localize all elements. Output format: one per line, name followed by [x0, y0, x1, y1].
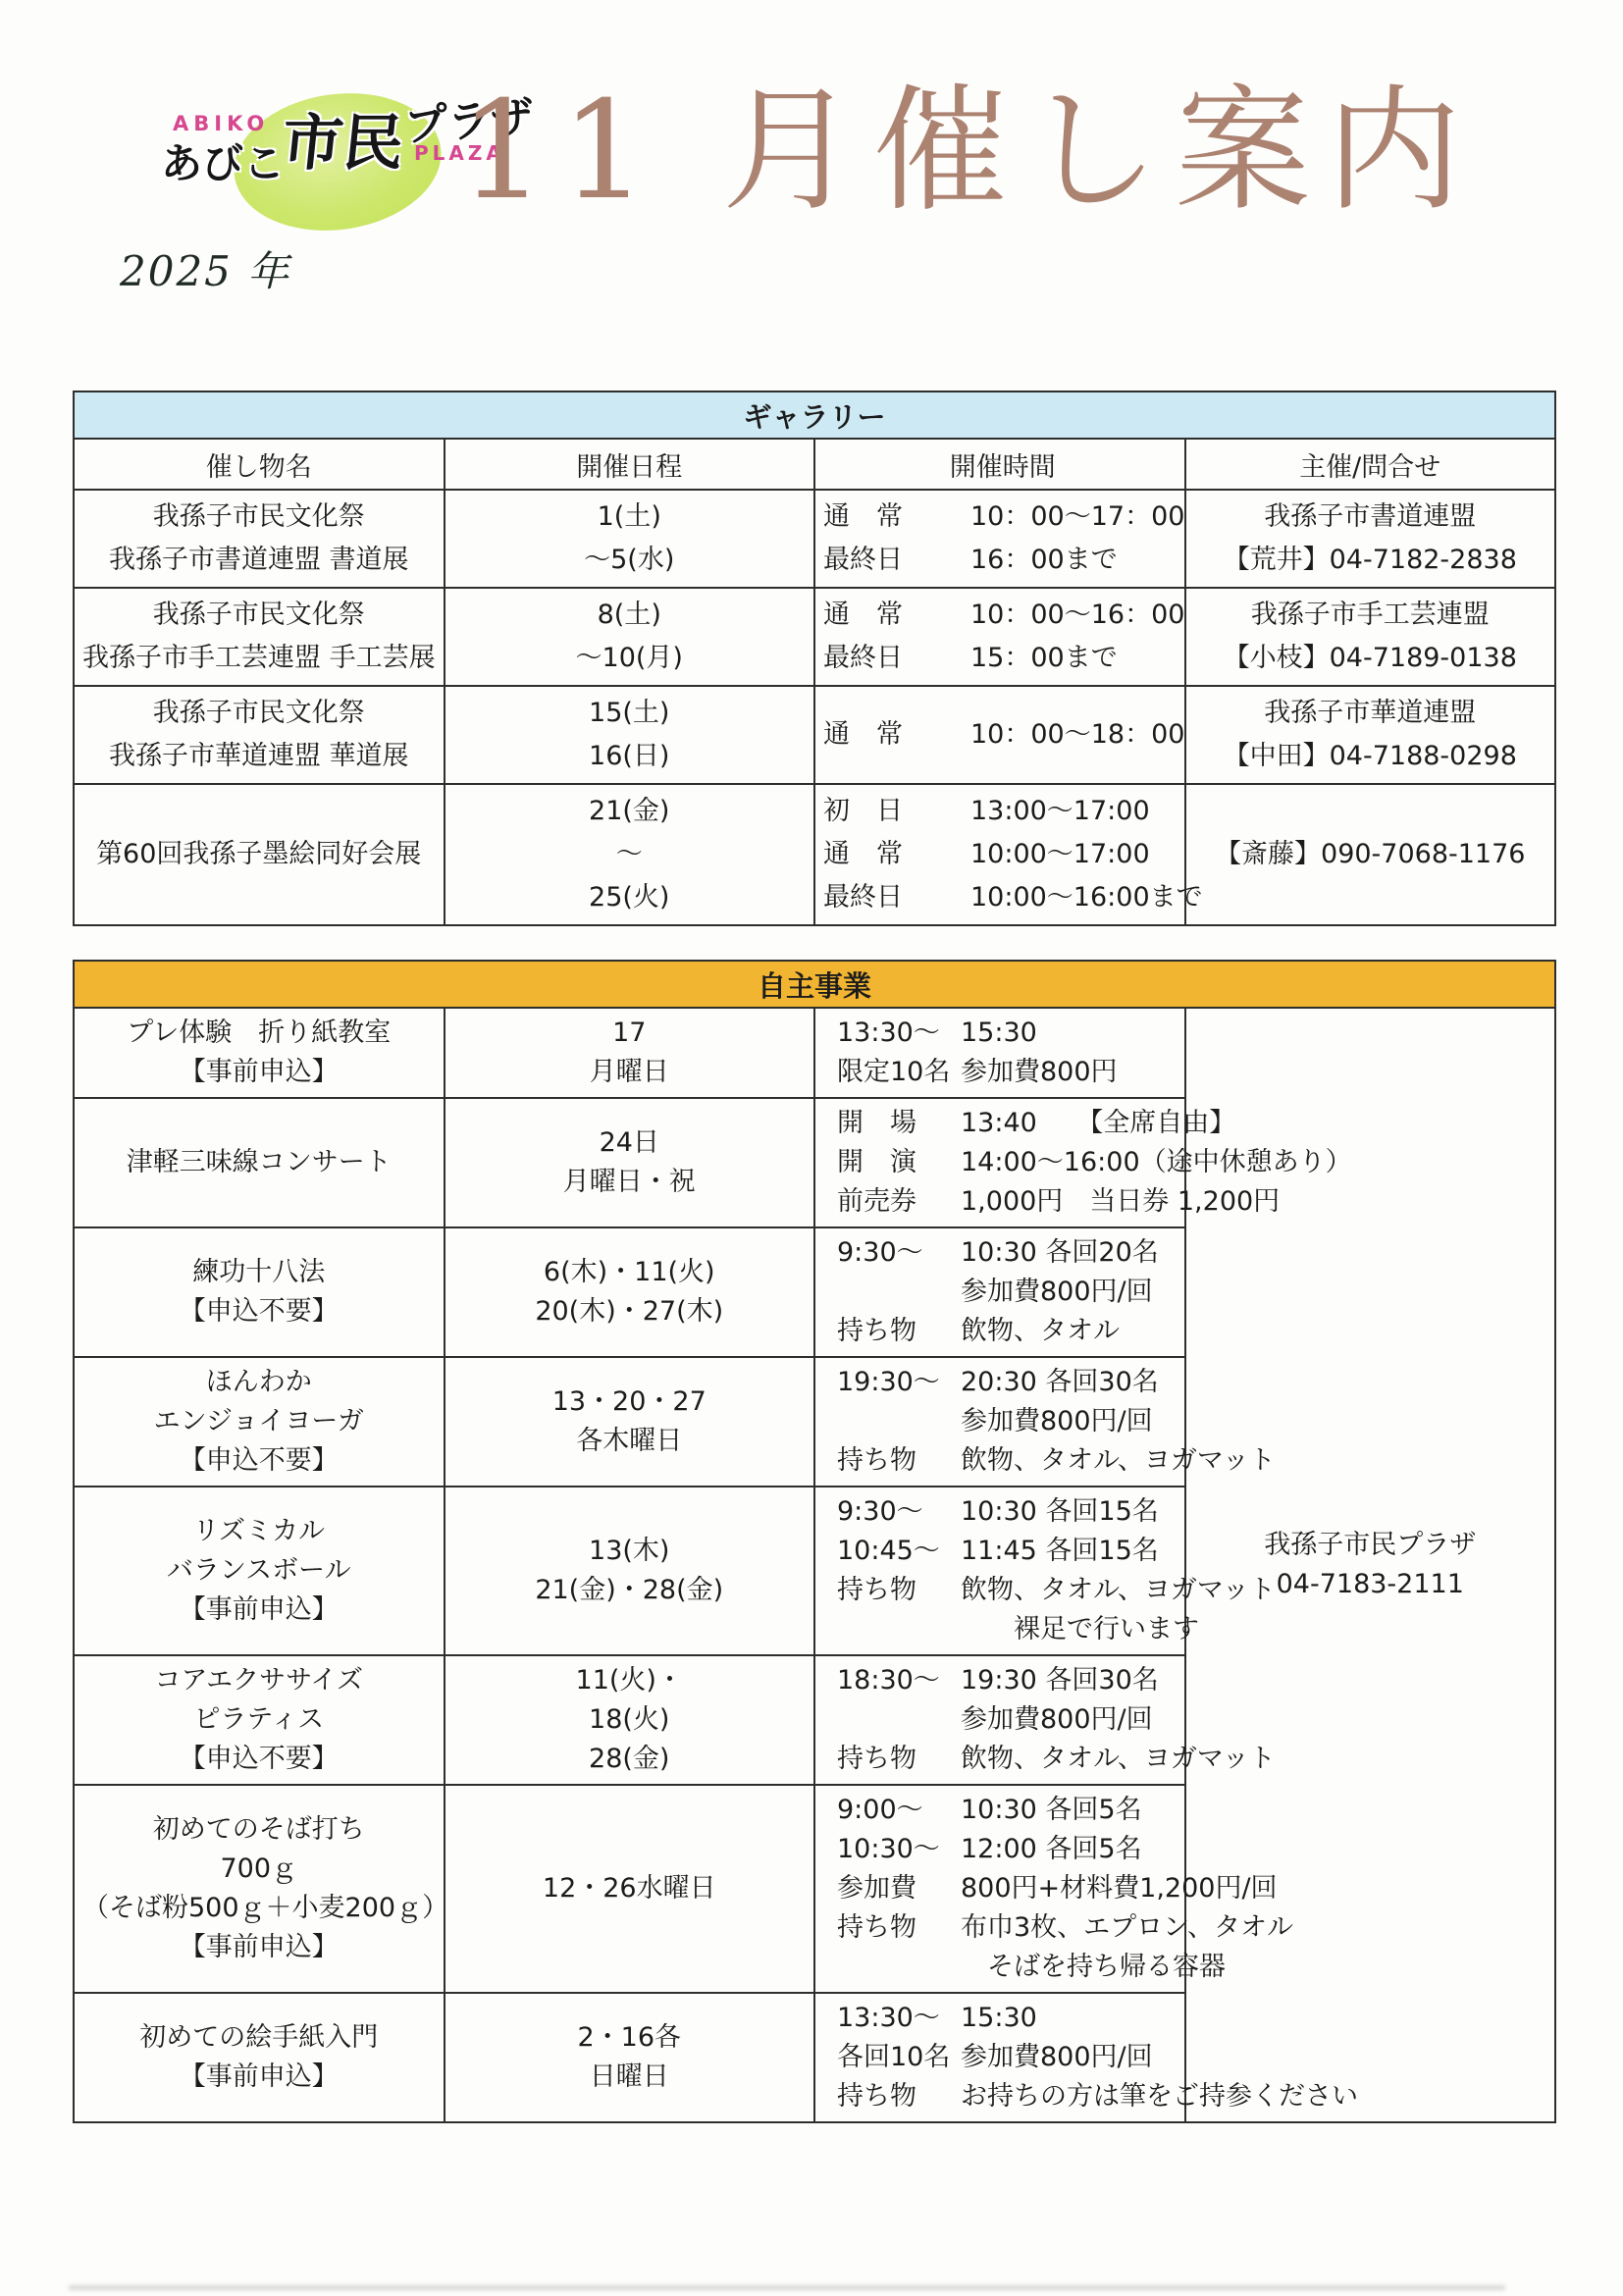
event-detail-line: 13:30～15:30 [837, 1999, 1177, 2038]
detail-value: 裸足で行います [961, 1610, 1199, 1649]
gallery-row-craft: 我孫子市民文化祭 我孫子市手工芸連盟 手工芸展 8(土) ～10(月) 通 常1… [74, 588, 1555, 686]
event-name-cell: 我孫子市民文化祭 我孫子市手工芸連盟 手工芸展 [74, 588, 445, 686]
event-date-line: 日曜日 [453, 2058, 807, 2097]
event-name-cell: 我孫子市民文化祭 我孫子市華道連盟 華道展 [74, 686, 445, 784]
event-name-line: バランスボール [82, 1551, 436, 1591]
event-name-cell: 第60回我孫子墨絵同好会展 [74, 784, 445, 925]
time-value: 10：00～17：00 [970, 496, 1184, 539]
detail-value: 19:30 各回30名 [961, 1661, 1159, 1700]
event-name-cell: プレ体験 折り紙教室 【事前申込】 [74, 1008, 445, 1098]
detail-label [837, 1700, 961, 1740]
event-detail-line: 前売券1,000円 当日券 1,200円 [837, 1182, 1177, 1222]
time-value: 16：00まで [970, 539, 1118, 582]
detail-label: 13:30～ [837, 1014, 961, 1053]
event-time-line: 最終日15：00まで [823, 637, 1177, 680]
detail-value: 20:30 各回30名 [961, 1363, 1159, 1402]
detail-label: 10:30～ [837, 1830, 961, 1869]
event-name-cell: 練功十八法 【申込不要】 [74, 1227, 445, 1357]
event-dates-cell: 17 月曜日 [445, 1008, 815, 1098]
detail-label: 持ち物 [837, 1908, 961, 1948]
event-times-cell: 通 常10：00～18：00 [814, 686, 1185, 784]
detail-value: 参加費800円/回 [961, 1273, 1153, 1312]
event-date-line: 18(火) [453, 1700, 807, 1740]
event-name-line: エンジョイヨーガ [82, 1402, 436, 1441]
detail-value: 飲物、タオル、ヨガマット [961, 1441, 1276, 1481]
time-value: 10：00～16：00 [970, 594, 1184, 637]
event-details-cell: 9:30～10:30 各回15名 10:45～11:45 各回15名 持ち物飲物… [814, 1487, 1185, 1655]
detail-label: 開 演 [837, 1143, 961, 1182]
event-date-line: 15(土) [453, 692, 807, 735]
time-label: 通 常 [823, 833, 970, 876]
event-dates-cell: 12・26水曜日 [445, 1785, 815, 1993]
event-date-line: 11(火)・ [453, 1661, 807, 1700]
jishu-section-header-row: 自主事業 [74, 961, 1555, 1008]
event-detail-line: 限定10名参加費800円 [837, 1053, 1177, 1092]
event-dates-cell: 11(火)・ 18(火) 28(金) [445, 1655, 815, 1785]
detail-label: 9:00～ [837, 1791, 961, 1830]
detail-value: 飲物、タオル、ヨガマット [961, 1740, 1276, 1779]
column-header-dates: 開催日程 [445, 439, 815, 490]
detail-value: 15:30 [961, 1014, 1037, 1053]
detail-label: 持ち物 [837, 1571, 961, 1610]
event-date-line: 月曜日・祝 [453, 1163, 807, 1202]
detail-label: 各回10名 [837, 2038, 961, 2077]
event-time-line: 通 常10：00～18：00 [823, 713, 1177, 757]
event-date-line: 6(木)・11(火) [453, 1253, 807, 1292]
event-details-cell: 13:30～15:30 限定10名参加費800円 [814, 1008, 1185, 1098]
detail-value: お持ちの方は筆をご持参ください [961, 2077, 1358, 2116]
event-date-line: 各木曜日 [453, 1422, 807, 1461]
event-dates-cell: 24日 月曜日・祝 [445, 1098, 815, 1227]
event-date-line: 13・20・27 [453, 1383, 807, 1422]
event-time-line: 最終日10:00～16:00まで [823, 876, 1177, 919]
time-label: 通 常 [823, 713, 970, 757]
detail-value: 布巾3枚、エプロン、タオル [961, 1908, 1293, 1948]
page-title: 11 月催し案内 [459, 77, 1477, 226]
event-name-line: 【事前申込】 [82, 1591, 436, 1630]
event-name-line: 初めてのそば打ち [82, 1810, 436, 1850]
event-name-cell: 初めての絵手紙入門 【事前申込】 [74, 1993, 445, 2122]
year-label: 2025 年 [120, 239, 290, 298]
detail-label: 持ち物 [837, 1441, 961, 1481]
contact-line: 【斎藤】090-7068-1176 [1194, 833, 1547, 876]
event-times-cell: 通 常10：00～17：00 最終日16：00まで [814, 490, 1185, 588]
detail-value: 14:00～16:00（途中休憩あり） [961, 1143, 1352, 1182]
event-details-cell: 開 場13:40 【全席自由】 開 演14:00～16:00（途中休憩あり） 前… [814, 1098, 1185, 1227]
event-details-cell: 13:30～15:30 各回10名参加費800円/回 持ち物お持ちの方は筆をご持… [814, 1993, 1185, 2122]
event-name-line: 【申込不要】 [82, 1740, 436, 1779]
detail-label [837, 1402, 961, 1441]
event-name-line: 津軽三味線コンサート [82, 1143, 436, 1182]
detail-label: 9:30～ [837, 1233, 961, 1273]
detail-value: 15:30 [961, 1999, 1037, 2038]
event-name-cell: リズミカル バランスボール 【事前申込】 [74, 1487, 445, 1655]
detail-label: 18:30～ [837, 1661, 961, 1700]
detail-label: 持ち物 [837, 2077, 961, 2116]
time-value: 10:00～17:00 [970, 833, 1150, 876]
event-detail-line: 10:30～12:00 各回5名 [837, 1830, 1177, 1869]
event-detail-line: 9:30～10:30 各回15名 [837, 1492, 1177, 1532]
gallery-section-header-row: ギャラリー [74, 391, 1555, 439]
column-header-contact: 主催/問合せ [1185, 439, 1556, 490]
logo-abiko-jp-text: あびこ [161, 131, 285, 190]
event-dates-cell: 13・20・27 各木曜日 [445, 1357, 815, 1487]
event-detail-line: 開 場13:40 【全席自由】 [837, 1104, 1177, 1143]
detail-label: 19:30～ [837, 1363, 961, 1402]
detail-label: 10:45～ [837, 1532, 961, 1571]
event-name-line: リズミカル [82, 1512, 436, 1551]
detail-label: 参加費 [837, 1869, 961, 1908]
event-date-line: ～ [453, 833, 807, 876]
event-name-line: （そば粉500ｇ＋小麦200ｇ） [82, 1889, 436, 1928]
event-date-line: 月曜日 [453, 1053, 807, 1092]
detail-label: 9:30～ [837, 1492, 961, 1532]
event-date-line: ～10(月) [453, 637, 807, 680]
detail-value: 10:30 各回5名 [961, 1791, 1142, 1830]
column-header-times: 開催時間 [814, 439, 1185, 490]
event-name-line: プレ体験 折り紙教室 [82, 1014, 436, 1053]
event-details-cell: 9:00～10:30 各回5名 10:30～12:00 各回5名 参加費800円… [814, 1785, 1185, 1993]
contact-line: 【中田】04-7188-0298 [1194, 735, 1547, 778]
event-detail-line: 持ち物飲物、タオル、ヨガマット [837, 1571, 1177, 1610]
event-time-line: 初 日13:00～17:00 [823, 790, 1177, 833]
detail-label: 限定10名 [837, 1053, 961, 1092]
event-dates-cell: 1(土) ～5(水) [445, 490, 815, 588]
event-details-cell: 19:30～20:30 各回30名 参加費800円/回 持ち物飲物、タオル、ヨガ… [814, 1357, 1185, 1487]
event-name-line: 【申込不要】 [82, 1441, 436, 1481]
detail-label [837, 1273, 961, 1312]
jishu-row-origami: プレ体験 折り紙教室 【事前申込】 17 月曜日 13:30～15:30 限定1… [74, 1008, 1555, 1098]
detail-label: 開 場 [837, 1104, 961, 1143]
time-label: 最終日 [823, 637, 970, 680]
event-date-line: 28(金) [453, 1740, 807, 1779]
time-value: 13:00～17:00 [970, 790, 1150, 833]
event-name-line: 【申込不要】 [82, 1292, 436, 1331]
detail-value: そばを持ち帰る容器 [961, 1948, 1226, 1987]
event-detail-line: そばを持ち帰る容器 [837, 1948, 1177, 1987]
event-detail-line: 18:30～19:30 各回30名 [837, 1661, 1177, 1700]
detail-value: 飲物、タオル [961, 1312, 1120, 1351]
event-dates-cell: 8(土) ～10(月) [445, 588, 815, 686]
event-name-line: 第60回我孫子墨絵同好会展 [82, 833, 436, 876]
event-date-line: ～5(水) [453, 539, 807, 582]
event-times-cell: 通 常10：00～16：00 最終日15：00まで [814, 588, 1185, 686]
event-name-line: 我孫子市手工芸連盟 手工芸展 [82, 637, 436, 680]
event-name-line: ほんわか [82, 1363, 436, 1402]
detail-value: 参加費800円/回 [961, 1402, 1153, 1441]
logo-shimin-text: 市民 [278, 94, 408, 182]
time-label: 通 常 [823, 496, 970, 539]
detail-value: 800円+材料費1,200円/回 [961, 1869, 1278, 1908]
event-name-cell: 初めてのそば打ち 700ｇ （そば粉500ｇ＋小麦200ｇ） 【事前申込】 [74, 1785, 445, 1993]
event-time-line: 通 常10:00～17:00 [823, 833, 1177, 876]
detail-value: 10:30 各回15名 [961, 1492, 1159, 1532]
detail-value: 10:30 各回20名 [961, 1233, 1159, 1273]
event-date-line: 12・26水曜日 [453, 1869, 807, 1908]
event-detail-line: 19:30～20:30 各回30名 [837, 1363, 1177, 1402]
event-detail-line: 10:45～11:45 各回15名 [837, 1532, 1177, 1571]
event-detail-line: 参加費800円/回 [837, 1273, 1177, 1312]
contact-line: 我孫子市手工芸連盟 [1194, 594, 1547, 637]
event-name-cell: 津軽三味線コンサート [74, 1098, 445, 1227]
document-page: ABIKO あびこ 市民 プラザ PLAZA 2025 年 11 月催し案内 ギ… [0, 0, 1623, 2296]
time-value: 10：00～18：00 [970, 713, 1184, 757]
detail-value: 13:40 【全席自由】 [961, 1104, 1235, 1143]
event-contact-cell: 我孫子市手工芸連盟 【小枝】04-7189-0138 [1185, 588, 1556, 686]
jishu-section-title: 自主事業 [74, 961, 1555, 1008]
time-label: 初 日 [823, 790, 970, 833]
detail-value: 飲物、タオル、ヨガマット [961, 1571, 1276, 1610]
event-dates-cell: 6(木)・11(火) 20(木)・27(木) [445, 1227, 815, 1357]
time-value: 10:00～16:00まで [970, 876, 1203, 919]
event-name-line: 初めての絵手紙入門 [82, 2018, 436, 2058]
detail-label: 前売券 [837, 1182, 961, 1222]
event-name-line: 【事前申込】 [82, 1928, 436, 1967]
contact-line: 我孫子市華道連盟 [1194, 692, 1547, 735]
contact-line: 【荒井】04-7182-2838 [1194, 539, 1547, 582]
event-name-line: コアエクササイズ [82, 1661, 436, 1700]
event-date-line: 8(土) [453, 594, 807, 637]
event-date-line: 20(木)・27(木) [453, 1292, 807, 1331]
event-date-line: 24日 [453, 1123, 807, 1163]
event-name-cell: ほんわか エンジョイヨーガ 【申込不要】 [74, 1357, 445, 1487]
event-detail-line: 持ち物布巾3枚、エプロン、タオル [837, 1908, 1177, 1948]
event-details-cell: 9:30～10:30 各回20名 参加費800円/回 持ち物飲物、タオル [814, 1227, 1185, 1357]
event-time-line: 通 常10：00～16：00 [823, 594, 1177, 637]
gallery-column-header-row: 催し物名 開催日程 開催時間 主催/問合せ [74, 439, 1555, 490]
event-name-line: 我孫子市民文化祭 [82, 496, 436, 539]
event-name-line: 練功十八法 [82, 1253, 436, 1292]
detail-value: 11:45 各回15名 [961, 1532, 1159, 1571]
detail-value: 参加費800円 [961, 1053, 1118, 1092]
event-name-line: 【事前申込】 [82, 1053, 436, 1092]
event-dates-cell: 15(土) 16(日) [445, 686, 815, 784]
event-detail-line: 開 演14:00～16:00（途中休憩あり） [837, 1143, 1177, 1182]
time-value: 15：00まで [970, 637, 1118, 680]
event-times-cell: 初 日13:00～17:00 通 常10:00～17:00 最終日10:00～1… [814, 784, 1185, 925]
event-name-line: ピラティス [82, 1700, 436, 1740]
contact-line: 我孫子市書道連盟 [1194, 496, 1547, 539]
event-date-line: 21(金)・28(金) [453, 1571, 807, 1610]
event-date-line: 2・16各 [453, 2018, 807, 2058]
detail-value: 参加費800円/回 [961, 2038, 1153, 2077]
detail-label: 13:30～ [837, 1999, 961, 2038]
event-date-line: 25(火) [453, 876, 807, 919]
scan-artifact-line [69, 2285, 1505, 2290]
detail-value: 12:00 各回5名 [961, 1830, 1142, 1869]
event-name-line: 我孫子市書道連盟 書道展 [82, 539, 436, 582]
time-label: 通 常 [823, 594, 970, 637]
event-date-line: 1(土) [453, 496, 807, 539]
gallery-row-kado: 我孫子市民文化祭 我孫子市華道連盟 華道展 15(土) 16(日) 通 常10：… [74, 686, 1555, 784]
event-contact-cell: 【斎藤】090-7068-1176 [1185, 784, 1556, 925]
event-date-line: 17 [453, 1014, 807, 1053]
detail-label: 持ち物 [837, 1740, 961, 1779]
event-name-cell: コアエクササイズ ピラティス 【申込不要】 [74, 1655, 445, 1785]
time-label: 最終日 [823, 539, 970, 582]
event-date-line: 16(日) [453, 735, 807, 778]
event-date-line: 21(金) [453, 790, 807, 833]
event-detail-line: 裸足で行います [837, 1610, 1177, 1649]
section-gap [0, 926, 1623, 960]
gallery-row-shodo: 我孫子市民文化祭 我孫子市書道連盟 書道展 1(土) ～5(水) 通 常10：0… [74, 490, 1555, 588]
event-dates-cell: 2・16各 日曜日 [445, 1993, 815, 2122]
gallery-table: ギャラリー 催し物名 開催日程 開催時間 主催/問合せ 我孫子市民文化祭 我孫子… [73, 391, 1556, 926]
event-detail-line: 9:00～10:30 各回5名 [837, 1791, 1177, 1830]
event-time-line: 最終日16：00まで [823, 539, 1177, 582]
time-label: 最終日 [823, 876, 970, 919]
contact-line: 我孫子市民プラザ [1194, 1526, 1547, 1565]
event-detail-line: 持ち物飲物、タオル、ヨガマット [837, 1740, 1177, 1779]
jishu-jigyo-table: 自主事業 プレ体験 折り紙教室 【事前申込】 17 月曜日 13:30～15:3… [73, 960, 1556, 2123]
event-dates-cell: 13(木) 21(金)・28(金) [445, 1487, 815, 1655]
event-detail-line: 持ち物飲物、タオル [837, 1312, 1177, 1351]
event-detail-line: 参加費800円+材料費1,200円/回 [837, 1869, 1177, 1908]
event-name-line: 700ｇ [82, 1850, 436, 1889]
gallery-section-title: ギャラリー [74, 391, 1555, 439]
event-detail-line: 持ち物飲物、タオル、ヨガマット [837, 1441, 1177, 1481]
detail-value: 参加費800円/回 [961, 1700, 1153, 1740]
event-details-cell: 18:30～19:30 各回30名 参加費800円/回 持ち物飲物、タオル、ヨガ… [814, 1655, 1185, 1785]
event-name-line: 我孫子市華道連盟 華道展 [82, 735, 436, 778]
event-contact-cell: 我孫子市華道連盟 【中田】04-7188-0298 [1185, 686, 1556, 784]
event-date-line: 13(木) [453, 1532, 807, 1571]
column-header-event-name: 催し物名 [74, 439, 445, 490]
event-detail-line: 参加費800円/回 [837, 1402, 1177, 1441]
contact-line: 【小枝】04-7189-0138 [1194, 637, 1547, 680]
detail-label [837, 1948, 961, 1987]
event-dates-cell: 21(金) ～ 25(火) [445, 784, 815, 925]
gallery-row-sumie: 第60回我孫子墨絵同好会展 21(金) ～ 25(火) 初 日13:00～17:… [74, 784, 1555, 925]
event-detail-line: 各回10名参加費800円/回 [837, 2038, 1177, 2077]
event-detail-line: 参加費800円/回 [837, 1700, 1177, 1740]
event-detail-line: 9:30～10:30 各回20名 [837, 1233, 1177, 1273]
event-name-line: 【事前申込】 [82, 2058, 436, 2097]
page-header: ABIKO あびこ 市民 プラザ PLAZA 2025 年 11 月催し案内 [0, 0, 1623, 391]
event-name-line: 我孫子市民文化祭 [82, 692, 436, 735]
event-name-line: 我孫子市民文化祭 [82, 594, 436, 637]
event-contact-cell: 我孫子市書道連盟 【荒井】04-7182-2838 [1185, 490, 1556, 588]
event-name-cell: 我孫子市民文化祭 我孫子市書道連盟 書道展 [74, 490, 445, 588]
event-detail-line: 持ち物お持ちの方は筆をご持参ください [837, 2077, 1177, 2116]
detail-value: 1,000円 当日券 1,200円 [961, 1182, 1280, 1222]
event-detail-line: 13:30～15:30 [837, 1014, 1177, 1053]
event-time-line: 通 常10：00～17：00 [823, 496, 1177, 539]
detail-label: 持ち物 [837, 1312, 961, 1351]
detail-label [837, 1610, 961, 1649]
